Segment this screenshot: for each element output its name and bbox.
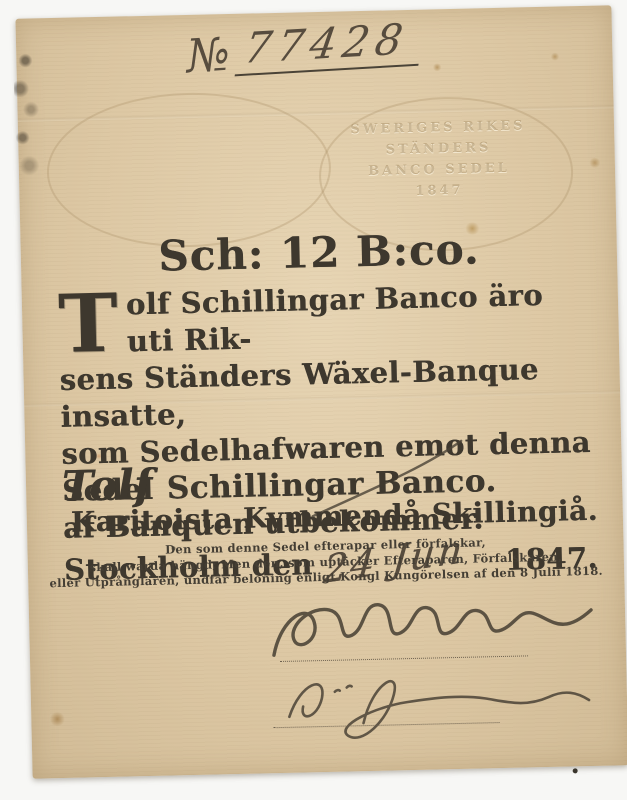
denomination-header: Sch: 12 B:co. xyxy=(20,221,617,284)
stain-spot xyxy=(49,712,65,726)
lower-signature xyxy=(278,652,600,751)
ink-smudge xyxy=(13,46,46,187)
serial-number: 77428 xyxy=(234,17,425,76)
numero-symbol: № xyxy=(185,31,231,79)
watermark-line: 1847 xyxy=(319,178,559,204)
photo-backdrop: № 77428 SWERIGES RIKES STÄNDERS BANCO SE… xyxy=(0,0,627,800)
stain-spot xyxy=(589,158,601,168)
serial-number-block: № 77428 xyxy=(185,18,423,79)
watermark-text: SWERIGES RIKES STÄNDERS BANCO SEDEL 1847 xyxy=(318,115,560,204)
ornate-initial: T xyxy=(58,291,119,356)
banknote-paper: № 77428 SWERIGES RIKES STÄNDERS BANCO SE… xyxy=(15,5,627,778)
body-line-2: sens Ständers Wäxel-Banque insatte, xyxy=(59,352,539,434)
stain-spot xyxy=(573,768,578,773)
upper-signature xyxy=(266,576,598,675)
signature-underline xyxy=(280,655,528,662)
stain-spot xyxy=(433,63,442,71)
body-line-1: olf Schillingar Banco äro uti Rik- xyxy=(126,278,544,358)
signature-underline xyxy=(274,722,500,728)
stain-spot xyxy=(550,53,559,61)
watermark-oval-left xyxy=(45,90,332,250)
